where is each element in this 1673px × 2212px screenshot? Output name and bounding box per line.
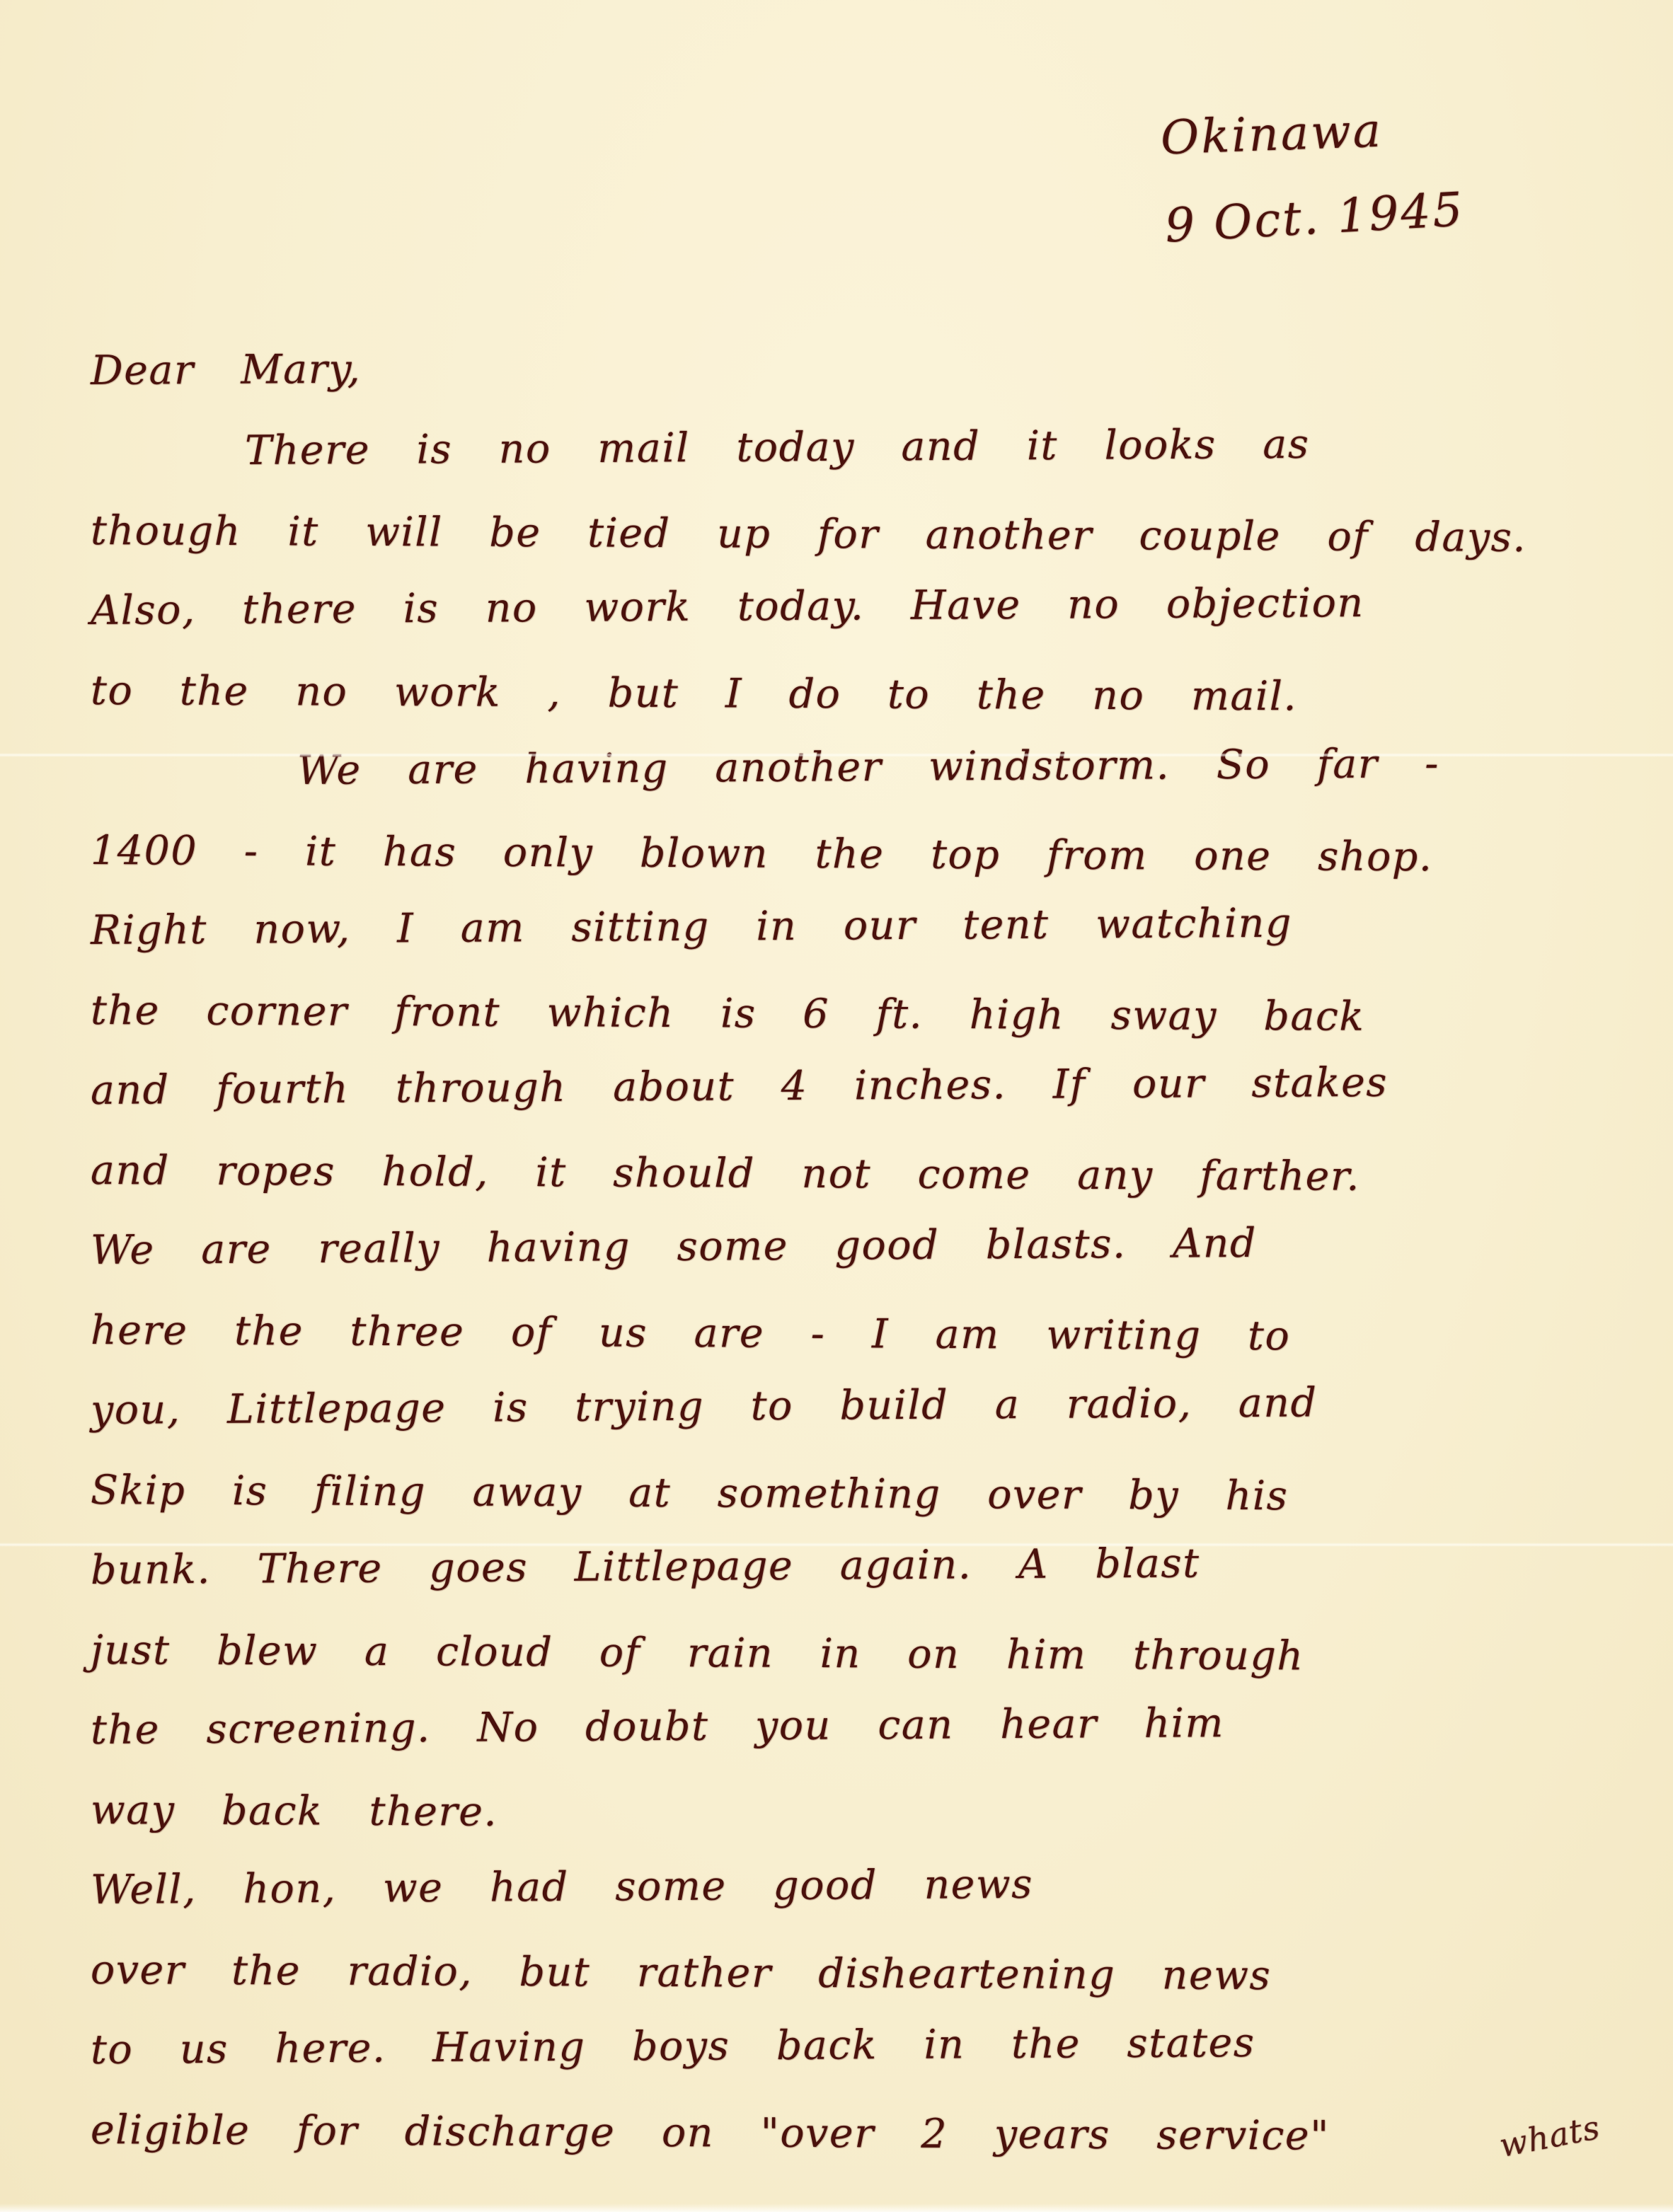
letter-page: Okinawa 9 Oct. 1945 Dear Mary, There is … xyxy=(0,0,1673,2212)
handwritten-line: and fourth through about 4 inches. If ou… xyxy=(91,1042,1631,1131)
salutation: Dear Mary, xyxy=(91,322,1631,411)
handwritten-line: to us here. Having boys back in the stat… xyxy=(91,2001,1631,2090)
handwritten-line: you, Littlepage is trying to build a rad… xyxy=(91,1361,1631,1451)
dateline-date: 9 Oct. 1945 xyxy=(1163,167,1467,268)
dateline: Okinawa 9 Oct. 1945 xyxy=(1161,91,1465,260)
handwritten-line: We are having another windstorm. So far … xyxy=(297,722,1631,811)
handwritten-line: eligible for discharge on "over 2 years … xyxy=(91,2090,1631,2178)
handwritten-line: bunk. There goes Littlepage again. A bla… xyxy=(91,1521,1631,1611)
scan-edge xyxy=(0,2204,1673,2212)
paragraph: Well, hon, we had some good news over th… xyxy=(91,1850,1631,2170)
handwritten-line: Right now, I am sitting in our tent watc… xyxy=(91,882,1631,971)
letter-body: Dear Mary, There is no mail today and it… xyxy=(91,331,1631,2170)
paragraph: There is no mail today and it looks as t… xyxy=(91,411,1631,731)
handwritten-line: Well, hon, we had some good news xyxy=(91,1841,1631,1930)
handwritten-line: Also, there is no work today. Have no ob… xyxy=(91,562,1631,651)
handwritten-line: We are really having some good blasts. A… xyxy=(91,1202,1631,1291)
paragraph: We are having another windstorm. So far … xyxy=(91,731,1631,1850)
handwritten-line: There is no mail today and it looks as xyxy=(245,403,1631,491)
handwritten-line: the screening. No doubt you can hear him xyxy=(91,1681,1631,1770)
dateline-place: Okinawa xyxy=(1159,86,1466,181)
